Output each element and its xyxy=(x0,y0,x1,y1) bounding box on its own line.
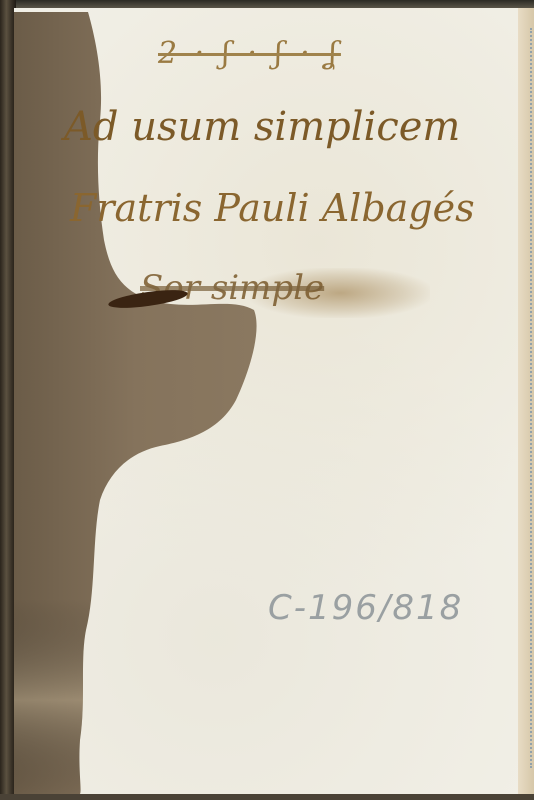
pencil-shelfmark: C-196/818 xyxy=(268,588,463,628)
inscription-line-1: Ad usum simplicem xyxy=(64,104,460,150)
adjacent-page-edge xyxy=(518,8,534,794)
inscription-line-2: Fratris Pauli Albagés xyxy=(70,186,475,230)
book-bottom-edge xyxy=(0,794,534,800)
header-mark: 2 · ʃ · ʃ · ʆ xyxy=(158,36,341,71)
bleed-through-ink xyxy=(522,28,532,768)
